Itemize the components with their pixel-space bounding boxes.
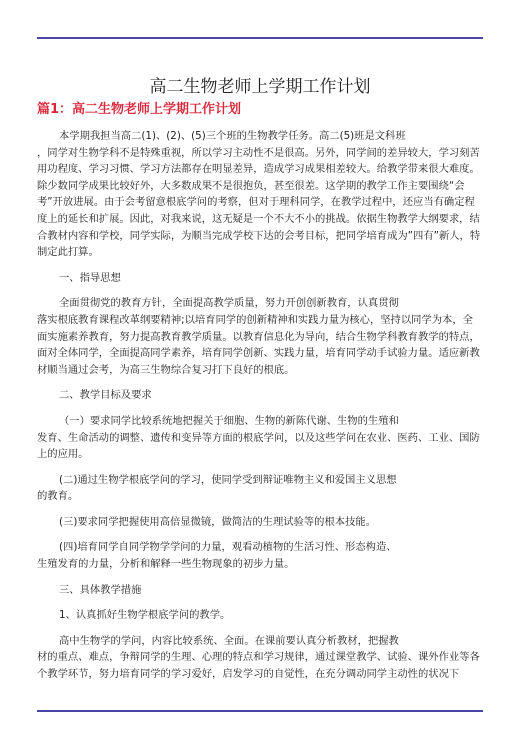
paragraph-guiding-ideology: 全面贯彻党的教育方针，全面提高教学质量，努力开创创新教育，认真贯彻落实根底教育课…	[37, 295, 483, 378]
paragraph-intro: 本学期我担当高二(1)、(2)、(5)三个班的生物教学任务。高二(5)班是文科班…	[37, 128, 483, 261]
paragraph-goal-2: (二)通过生物学根底学问的学习，使同学受到辩证唯物主义和爱国主义思想的教育。	[37, 472, 483, 505]
document-title: 高二生物老师上学期工作计划	[0, 72, 520, 97]
paragraph-first-line: (四)培育同学自同学物学学问的力量，观看动植物的生活习性、形态构造、	[37, 539, 483, 556]
document-body: 本学期我担当高二(1)、(2)、(5)三个班的生物教学任务。高二(5)班是文科班…	[37, 128, 483, 692]
heading-goals: 二、教学目标及要求	[37, 387, 483, 404]
heading-guiding-ideology: 一、指导思想	[37, 270, 483, 287]
section-heading: 篇1：高二生物老师上学期工作计划	[37, 98, 241, 117]
paragraph-rest: 材的重点、难点，争辩同学的生理、心理的特点和学习规律，通过课堂教学、试验、课外作…	[37, 651, 480, 680]
footer-rule	[37, 710, 483, 712]
paragraph-measure-1: 高中生物学的学问，内容比较系统、全面。在课前要认真分析教材，把握教材的重点、难点…	[37, 633, 483, 683]
paragraph-first-line: 本学期我担当高二(1)、(2)、(5)三个班的生物教学任务。高二(5)班是文科班	[37, 128, 483, 145]
paragraph-goal-4: (四)培育同学自同学物学学问的力量，观看动植物的生活习性、形态构造、生殖发育的力…	[37, 539, 483, 572]
paragraph-first-line: 高中生物学的学问，内容比较系统、全面。在课前要认真分析教材，把握教	[37, 633, 483, 650]
paragraph-rest: 落实根底教育课程改革纲要精神;以培育同学的创新精神和实践力量为核心，坚持以同学为…	[37, 314, 480, 376]
header-rule	[37, 37, 483, 39]
paragraph-rest: 的教育。	[37, 490, 78, 502]
paragraph-first-line: (二)通过生物学根底学问的学习，使同学受到辩证唯物主义和爱国主义思想	[37, 472, 483, 489]
subheading-measure-1: 1、认真抓好生物学根底学问的教学。	[37, 607, 483, 624]
paragraph-first-line: 全面贯彻党的教育方针，全面提高教学质量，努力开创创新教育，认真贯彻	[37, 295, 483, 312]
paragraph-rest: 发育、生命活动的调整、遗传和变异等方面的根底学问，以及这些学问在农业、医药、工业…	[37, 432, 480, 461]
paragraph-rest: ，同学对生物学科不是特殊重视，所以学习主动性不是很高。另外，同学间的差异较大，学…	[37, 147, 480, 259]
paragraph-goal-3: (三)要求同学把握使用高倍显微镜，做简洁的生理试验等的根本技能。	[37, 514, 483, 531]
paragraph-first-line: （一）要求同学比较系统地把握关于细胞、生物的新陈代谢、生物的生殖和	[37, 413, 483, 430]
paragraph-rest: 生殖发育的力量，分析和解释一些生物现象的初步力量。	[37, 558, 294, 570]
heading-measures: 三、具体教学措施	[37, 582, 483, 599]
paragraph-goal-1: （一）要求同学比较系统地把握关于细胞、生物的新陈代谢、生物的生殖和发育、生命活动…	[37, 413, 483, 463]
